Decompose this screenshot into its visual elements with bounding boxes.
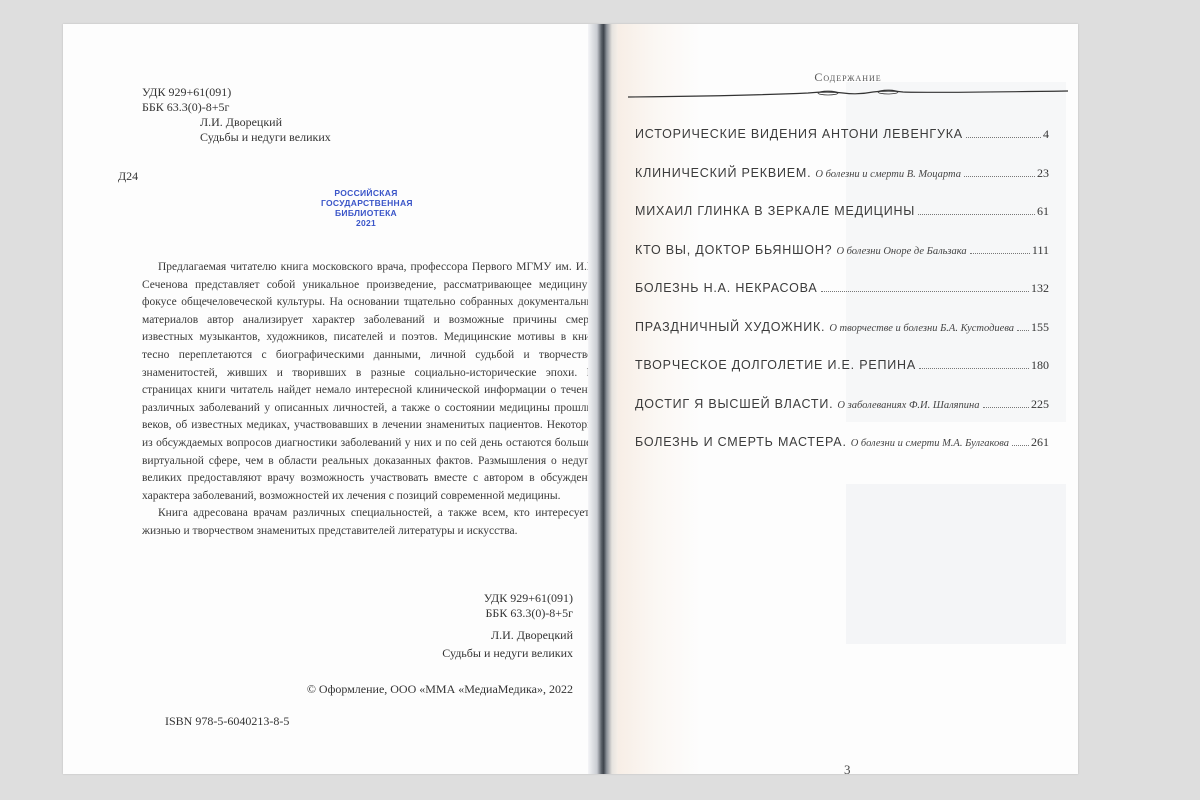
book-title: Судьбы и недуги великих [200, 130, 331, 145]
toc-leader-dots [1012, 445, 1029, 446]
library-stamp: РОССИЙСКАЯ ГОСУДАРСТВЕННАЯ БИБЛИОТЕКА 20… [321, 188, 411, 228]
toc-entry-page: 61 [1037, 204, 1049, 219]
book-spine [588, 24, 618, 774]
toc-entry-page: 180 [1031, 358, 1049, 373]
copyright-notice: © Оформление, ООО «ММА «МедиаМедика», 20… [303, 682, 573, 697]
udk-code: УДК 929+61(091) [142, 85, 231, 100]
toc-leader-dots [983, 407, 1030, 408]
stamp-line: РОССИЙСКАЯ [321, 188, 411, 198]
isbn: ISBN 978-5-6040213-8-5 [165, 714, 289, 729]
book-title: Судьбы и недуги великих [363, 644, 573, 662]
bbk-code: ББК 63.3(0)-8+5г [142, 100, 231, 115]
toc-entry-subtitle: О болезни и смерти В. Моцарта [815, 169, 961, 180]
running-head: Содержание [618, 70, 1078, 85]
toc-entry-title: Болезнь и смерть мастера. [635, 435, 847, 449]
toc-entry-subtitle: О заболеваниях Ф.И. Шаляпина [837, 400, 979, 411]
author-name: Л.И. Дворецкий [363, 626, 573, 644]
toc-entry[interactable]: Болезнь Н.А. Некрасова132 [635, 281, 1049, 320]
toc-leader-dots [1017, 330, 1029, 331]
toc-entry[interactable]: Творческое долголетие И.Е. Репина180 [635, 358, 1049, 397]
toc-entry[interactable]: Клинический реквием.О болезни и смерти В… [635, 166, 1049, 205]
toc-entry-title: Кто вы, доктор Бьяншон? [635, 243, 832, 257]
stamp-line: ГОСУДАРСТВЕННАЯ [321, 198, 411, 208]
right-page: Содержание Исторические видения Антони Л… [618, 24, 1078, 774]
toc-entry-title: Праздничный художник. [635, 320, 825, 334]
book-spread: УДК 929+61(091) ББК 63.3(0)-8+5г Л.И. Дв… [63, 24, 1078, 774]
abstract-paragraph: Книга адресована врачам различных специа… [142, 505, 600, 540]
toc-entry[interactable]: Праздничный художник.О творчестве и боле… [635, 320, 1049, 359]
toc-entry-page: 111 [1032, 243, 1049, 258]
stamp-year: 2021 [321, 218, 411, 228]
page-number: 3 [844, 762, 851, 778]
toc-entry-title: Клинический реквием. [635, 166, 811, 180]
toc-entry-title: Болезнь Н.А. Некрасова [635, 281, 818, 295]
toc-entry-title: Исторические видения Антони Левенгука [635, 127, 963, 141]
toc-entry[interactable]: Достиг я высшей власти.О заболеваниях Ф.… [635, 397, 1049, 436]
toc-entry[interactable]: Исторические видения Антони Левенгука4 [635, 127, 1049, 166]
bibliographic-footer: Л.И. Дворецкий Судьбы и недуги великих [363, 626, 573, 662]
stamp-line: БИБЛИОТЕКА [321, 208, 411, 218]
toc-leader-dots [821, 291, 1030, 292]
toc-entry-title: Творческое долголетие И.Е. Репина [635, 358, 916, 372]
toc-entry[interactable]: Кто вы, доктор Бьяншон?О болезни Оноре д… [635, 243, 1049, 282]
classification-codes-bottom: УДК 929+61(091) ББК 63.3(0)-8+5г [363, 591, 573, 621]
bbk-code: ББК 63.3(0)-8+5г [363, 606, 573, 621]
toc-entry-page: 261 [1031, 435, 1049, 450]
toc-entry-page: 225 [1031, 397, 1049, 412]
book-abstract: Предлагаемая читателю книга московского … [142, 259, 600, 541]
author-mark: Д24 [118, 169, 138, 184]
udk-code: УДК 929+61(091) [363, 591, 573, 606]
toc-entry[interactable]: Болезнь и смерть мастера.О болезни и сме… [635, 435, 1049, 474]
decorative-rule-icon [628, 87, 1068, 99]
bleed-through-image [846, 484, 1066, 644]
bibliographic-header: Л.И. Дворецкий Судьбы и недуги великих [200, 115, 331, 145]
toc-entry-subtitle: О болезни Оноре де Бальзака [836, 246, 966, 257]
left-page: УДК 929+61(091) ББК 63.3(0)-8+5г Л.И. Дв… [63, 24, 593, 774]
toc-leader-dots [970, 253, 1030, 254]
toc-entry[interactable]: Михаил Глинка в зеркале медицины61 [635, 204, 1049, 243]
toc-entry-page: 155 [1031, 320, 1049, 335]
toc-entry-page: 4 [1043, 127, 1049, 142]
toc-entry-page: 23 [1037, 166, 1049, 181]
toc-leader-dots [964, 176, 1035, 177]
toc-entry-title: Достиг я высшей власти. [635, 397, 833, 411]
toc-leader-dots [918, 214, 1035, 215]
classification-codes-top: УДК 929+61(091) ББК 63.3(0)-8+5г [142, 85, 231, 115]
toc-leader-dots [966, 137, 1041, 138]
toc-entry-subtitle: О болезни и смерти М.А. Булгакова [851, 438, 1009, 449]
toc-entry-title: Михаил Глинка в зеркале медицины [635, 204, 915, 218]
toc-entry-page: 132 [1031, 281, 1049, 296]
toc-entry-subtitle: О творчестве и болезни Б.А. Кустодиева [829, 323, 1014, 334]
table-of-contents: Исторические видения Антони Левенгука4Кл… [635, 127, 1049, 474]
toc-leader-dots [919, 368, 1029, 369]
abstract-paragraph: Предлагаемая читателю книга московского … [142, 259, 600, 505]
author-name: Л.И. Дворецкий [200, 115, 331, 130]
